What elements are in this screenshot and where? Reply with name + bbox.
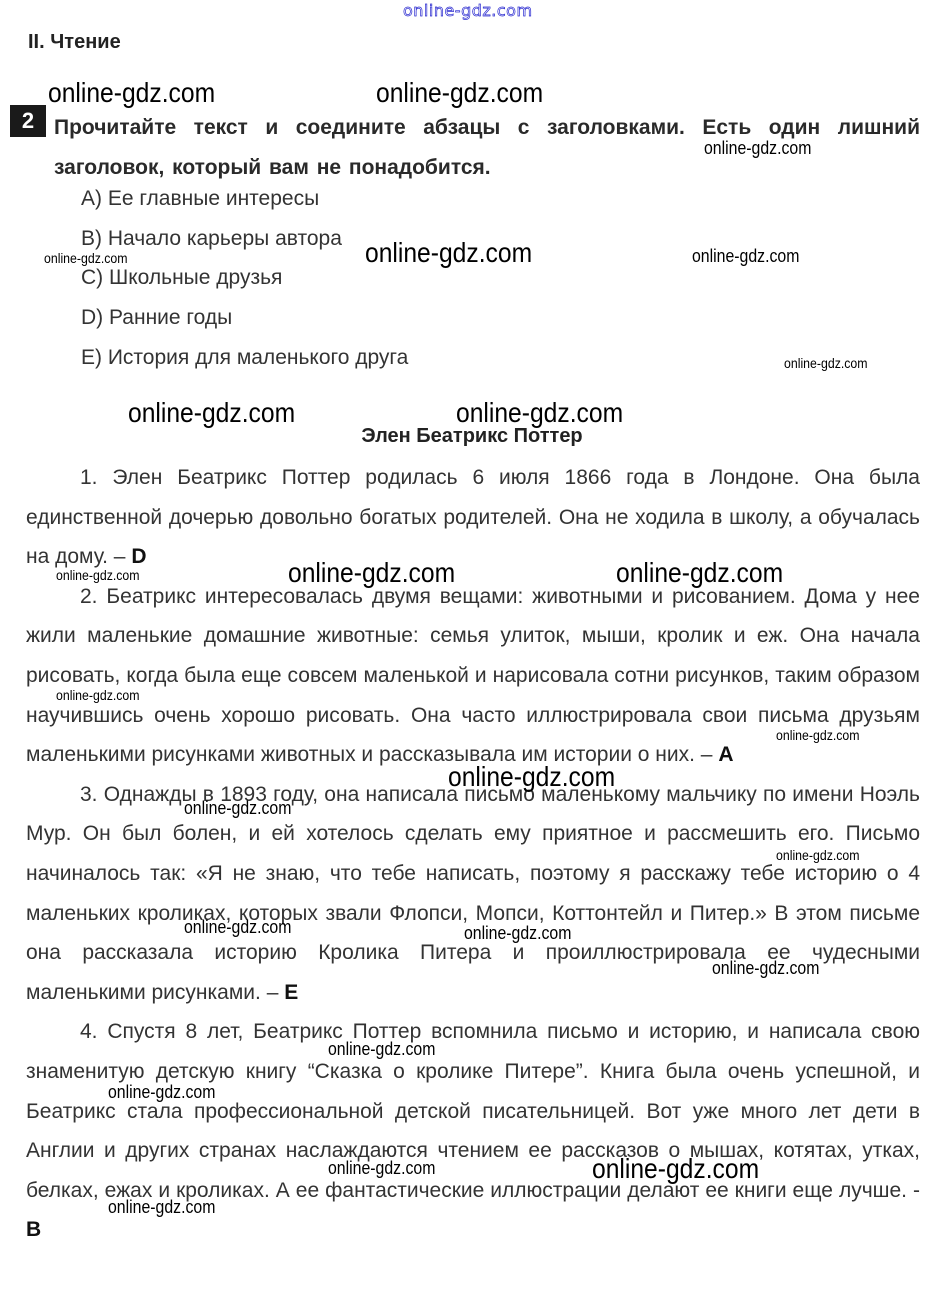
watermark: online-gdz.com [328, 1039, 435, 1060]
watermark: online-gdz.com [128, 397, 295, 429]
watermark: online-gdz.com [108, 1082, 215, 1103]
watermark: online-gdz.com [48, 77, 215, 109]
watermark: online-gdz.com [56, 567, 140, 583]
watermark: online-gdz.com [288, 557, 455, 589]
paragraph-text: 1. Элен Беатрикс Поттер родилась 6 июля … [26, 466, 920, 568]
watermark: online-gdz.com [448, 761, 615, 793]
option-b: B) Начало карьеры автора [81, 227, 342, 251]
answer-separator: – [695, 743, 718, 766]
watermark: online-gdz.com [108, 1197, 215, 1218]
answer-letter: D [131, 545, 146, 568]
watermark: online-gdz.com [456, 397, 623, 429]
watermark: online-gdz.com [784, 355, 868, 371]
watermark: online-gdz.com [184, 798, 291, 819]
answer-letter: A [718, 743, 733, 766]
watermark: online-gdz.com [692, 246, 799, 267]
option-e: E) История для маленького друга [81, 346, 408, 370]
option-d: D) Ранние годы [81, 306, 232, 330]
watermark: online-gdz.com [44, 250, 128, 266]
watermark: online-gdz.com [616, 557, 783, 589]
answer-separator: - [907, 1179, 920, 1202]
watermark: online-gdz.com [328, 1158, 435, 1179]
watermark: online-gdz.com [592, 1153, 759, 1185]
task-number-badge: 2 [10, 105, 46, 137]
watermark: online-gdz.com [365, 237, 532, 269]
watermark: online-gdz.com [704, 138, 811, 159]
top-watermark: online-gdz.com [403, 1, 533, 20]
watermark: online-gdz.com [776, 727, 860, 743]
watermark: online-gdz.com [776, 847, 860, 863]
watermark: online-gdz.com [376, 77, 543, 109]
option-c: C) Школьные друзья [81, 266, 282, 290]
section-title: II. Чтение [28, 31, 121, 54]
watermark: online-gdz.com [184, 917, 291, 938]
answer-letter: B [26, 1218, 41, 1241]
watermark: online-gdz.com [56, 687, 140, 703]
paragraph-text: 4. Спустя 8 лет, Беатрикс Поттер вспомни… [26, 1020, 920, 1201]
answer-separator: – [108, 545, 131, 568]
paragraph-2: 2. Беатрикс интересовалась двумя вещами:… [26, 577, 920, 775]
answer-separator: – [261, 981, 284, 1004]
paragraph-1: 1. Элен Беатрикс Поттер родилась 6 июля … [26, 458, 920, 577]
answer-letter: E [284, 981, 298, 1004]
option-a: A) Ее главные интересы [81, 187, 319, 211]
watermark: online-gdz.com [712, 958, 819, 979]
watermark: online-gdz.com [464, 923, 571, 944]
